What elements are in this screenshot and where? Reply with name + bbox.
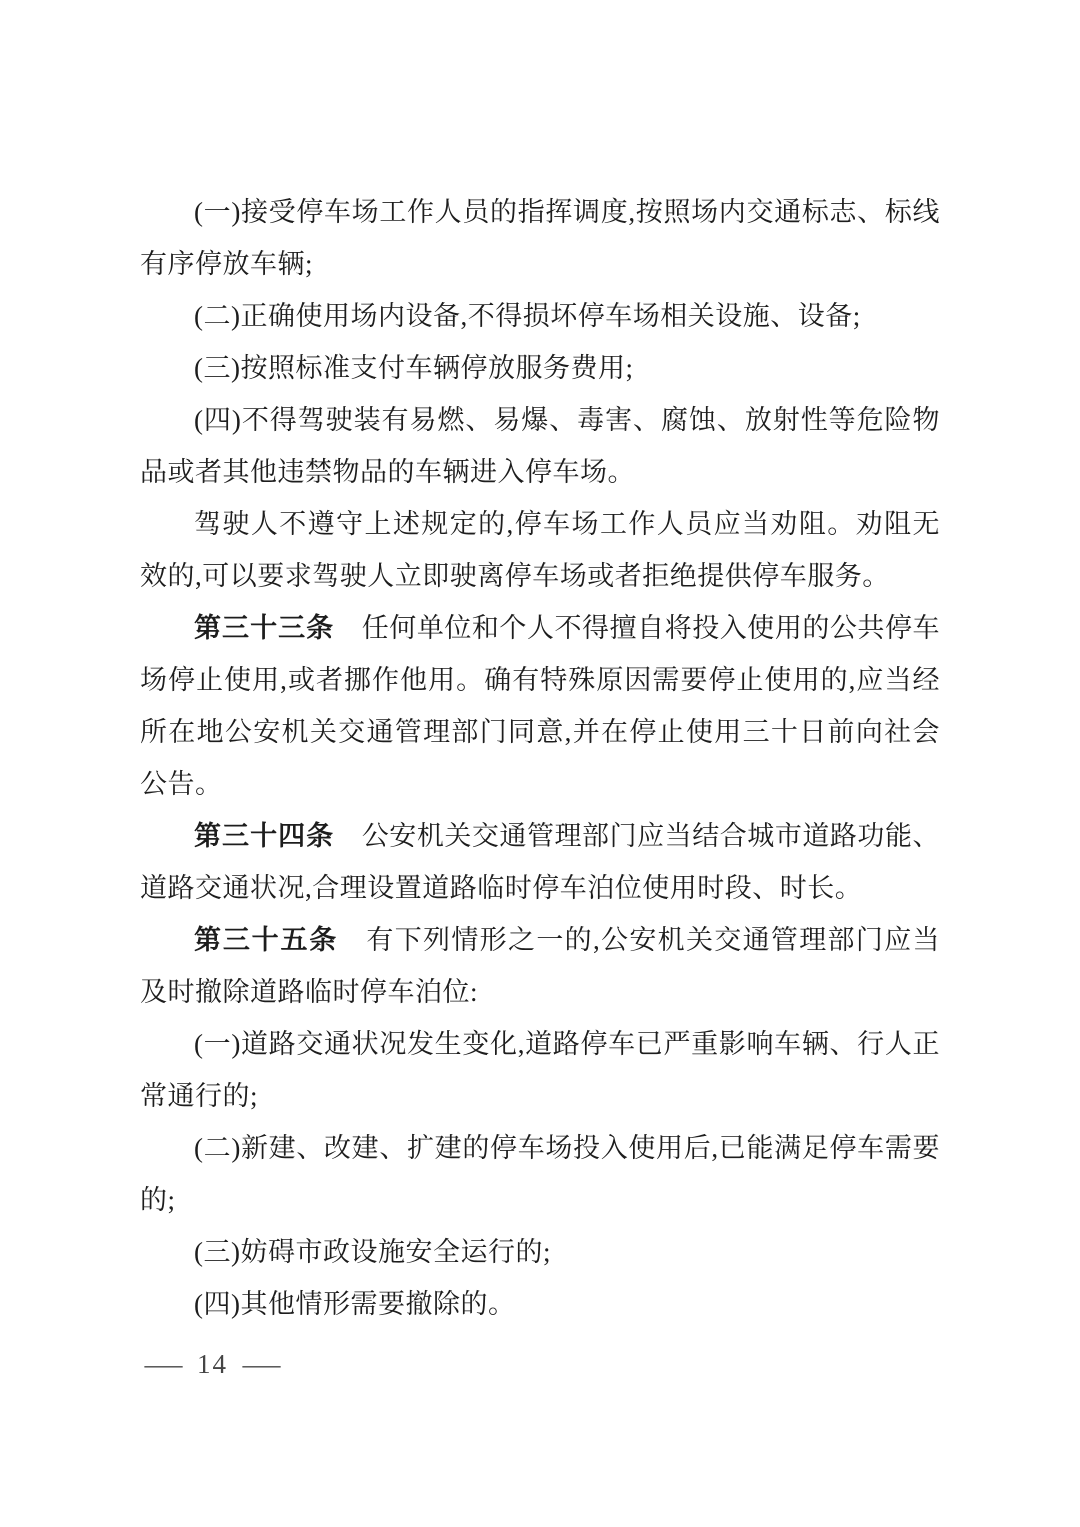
- paragraph: (四)其他情形需要撤除的。: [140, 1278, 940, 1330]
- paragraph: (三)按照标准支付车辆停放服务费用;: [140, 342, 940, 394]
- page-footer: — 14 —: [150, 1346, 275, 1382]
- article-paragraph: 第三十四条 公安机关交通管理部门应当结合城市道路功能、道路交通状况,合理设置道路…: [140, 810, 940, 914]
- article-paragraph: 第三十五条 有下列情形之一的,公安机关交通管理部门应当及时撤除道路临时停车泊位:: [140, 914, 940, 1018]
- page-number: 14: [197, 1346, 228, 1382]
- paragraph: (二)新建、改建、扩建的停车场投入使用后,已能满足停车需要的;: [140, 1122, 940, 1226]
- article-paragraph: 第三十三条 任何单位和个人不得擅自将投入使用的公共停车场停止使用,或者挪作他用。…: [140, 602, 940, 810]
- footer-right-dash: —: [243, 1346, 281, 1382]
- paragraph: (三)妨碍市政设施安全运行的;: [140, 1226, 940, 1278]
- article-number: 第三十四条: [194, 821, 334, 851]
- paragraph: 驾驶人不遵守上述规定的,停车场工作人员应当劝阻。劝阻无效的,可以要求驾驶人立即驶…: [140, 498, 940, 602]
- paragraph: (一)接受停车场工作人员的指挥调度,按照场内交通标志、标线有序停放车辆;: [140, 186, 940, 290]
- paragraph: (四)不得驾驶装有易燃、易爆、毒害、腐蚀、放射性等危险物品或者其他违禁物品的车辆…: [140, 394, 940, 498]
- document-page: (一)接受停车场工作人员的指挥调度,按照场内交通标志、标线有序停放车辆;(二)正…: [0, 0, 1080, 1527]
- document-body: (一)接受停车场工作人员的指挥调度,按照场内交通标志、标线有序停放车辆;(二)正…: [140, 186, 940, 1330]
- article-number: 第三十三条: [194, 613, 334, 643]
- article-number: 第三十五条: [194, 925, 338, 955]
- paragraph: (一)道路交通状况发生变化,道路停车已严重影响车辆、行人正常通行的;: [140, 1018, 940, 1122]
- footer-left-dash: —: [145, 1346, 183, 1382]
- paragraph: (二)正确使用场内设备,不得损坏停车场相关设施、设备;: [140, 290, 940, 342]
